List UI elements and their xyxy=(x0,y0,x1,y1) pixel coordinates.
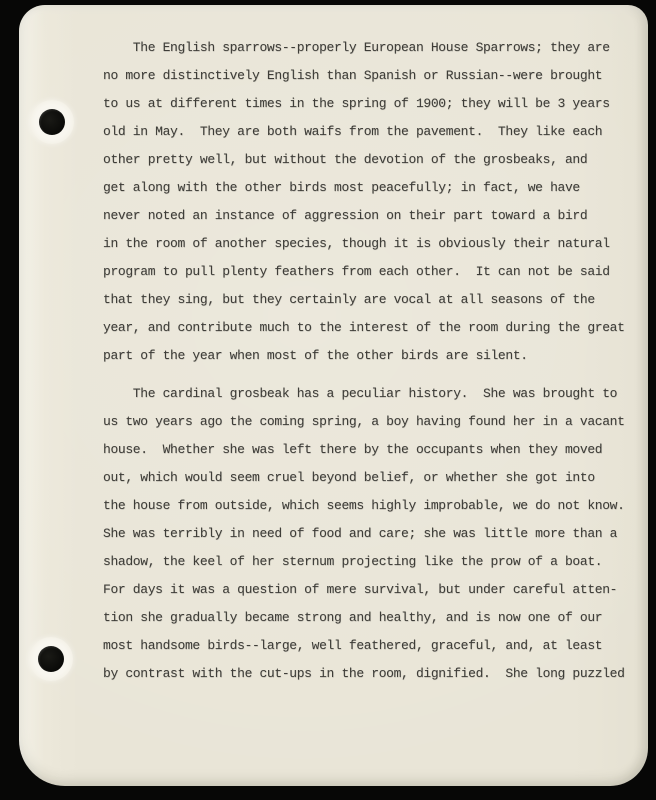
hole-punch-bottom xyxy=(29,637,73,681)
text-line: year, and contribute much to the interes… xyxy=(103,314,651,342)
text-line: most handsome birds--large, well feather… xyxy=(103,632,651,660)
text-line: us two years ago the coming spring, a bo… xyxy=(103,408,651,436)
text-line: program to pull plenty feathers from eac… xyxy=(103,258,651,286)
text-line: For days it was a question of mere survi… xyxy=(103,576,651,604)
text-line: out, which would seem cruel beyond belie… xyxy=(103,464,651,492)
text-line: never noted an instance of aggression on… xyxy=(103,202,651,230)
text-line: tion she gradually became strong and hea… xyxy=(103,604,651,632)
paragraph-cardinal-grosbeak: The cardinal grosbeak has a peculiar his… xyxy=(103,380,651,688)
hole-punch-bottom-hole-icon xyxy=(38,646,64,672)
text-line: get along with the other birds most peac… xyxy=(103,174,651,202)
text-line: part of the year when most of the other … xyxy=(103,342,651,370)
text-line: by contrast with the cut-ups in the room… xyxy=(103,660,651,688)
text-line: the house from outside, which seems high… xyxy=(103,492,651,520)
text-line: old in May. They are both waifs from the… xyxy=(103,118,651,146)
typewritten-text: The English sparrows--properly European … xyxy=(103,34,651,688)
text-line: no more distinctively English than Spani… xyxy=(103,62,651,90)
text-line: house. Whether she was left there by the… xyxy=(103,436,651,464)
text-line: The cardinal grosbeak has a peculiar his… xyxy=(103,380,651,408)
paragraph-english-sparrows: The English sparrows--properly European … xyxy=(103,34,651,370)
text-line: She was terribly in need of food and car… xyxy=(103,520,651,548)
scan-background: { "doc": { "kind": "scanned typewritten … xyxy=(0,0,656,800)
text-line: that they sing, but they certainly are v… xyxy=(103,286,651,314)
scanned-page: The English sparrows--properly European … xyxy=(19,5,648,786)
text-line: shadow, the keel of her sternum projecti… xyxy=(103,548,651,576)
text-line: The English sparrows--properly European … xyxy=(103,34,651,62)
text-line: in the room of another species, though i… xyxy=(103,230,651,258)
hole-punch-top-hole-icon xyxy=(39,109,65,135)
text-line: to us at different times in the spring o… xyxy=(103,90,651,118)
text-line: other pretty well, but without the devot… xyxy=(103,146,651,174)
hole-punch-top xyxy=(30,100,74,144)
